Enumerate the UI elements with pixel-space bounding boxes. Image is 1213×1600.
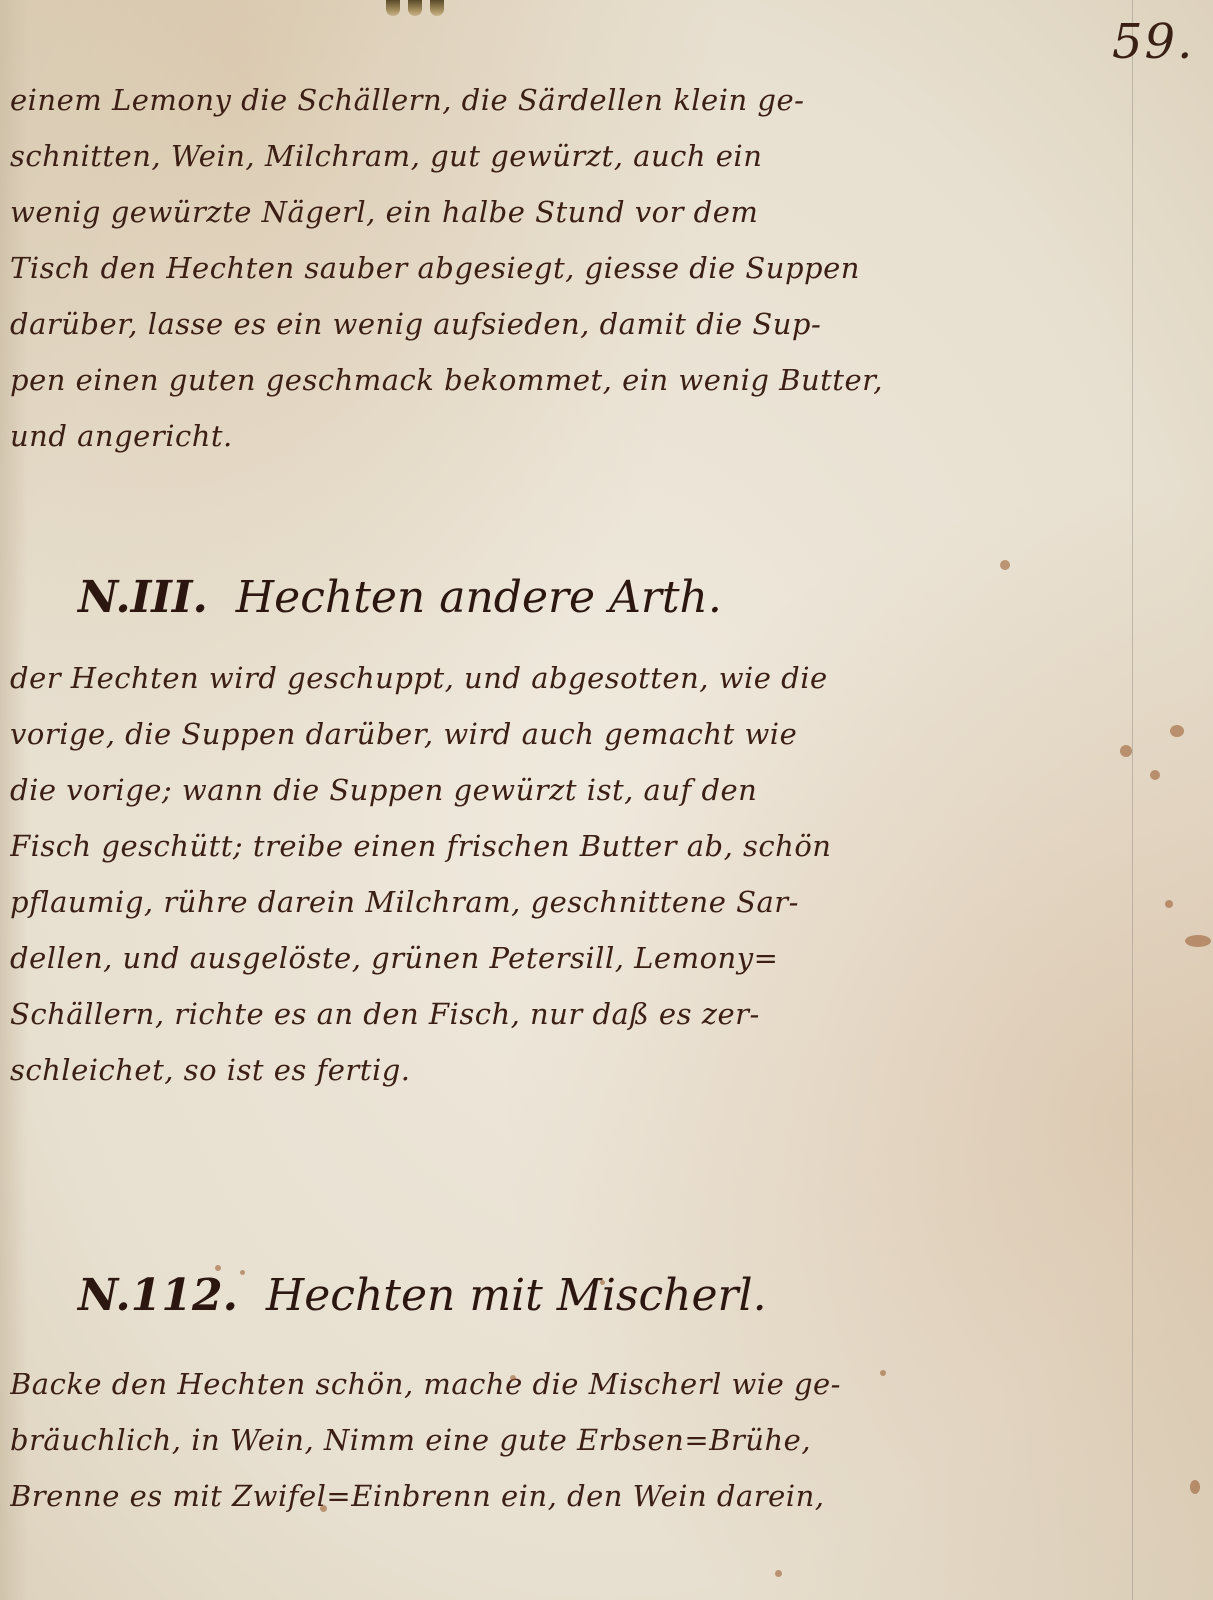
foxing-spot [320,1505,327,1512]
recipe-heading: N.III. Hechten andere Arth. [78,572,722,623]
text-line: Fisch geschütt; treibe einen frischen Bu… [10,818,1130,874]
text-line: bräuchlich, in Wein, Nimm eine gute Erbs… [10,1412,1130,1468]
text-line: vorige, die Suppen darüber, wird auch ge… [10,706,1130,762]
text-line: Brenne es mit Zwifel=Einbrenn ein, den W… [10,1468,1130,1524]
text-line: einem Lemony die Schällern, die Särdelle… [10,72,1130,128]
foxing-spot [1150,770,1160,780]
text-line: der Hechten wird geschuppt, und abgesott… [10,650,1130,706]
text-line: dellen, und ausgelöste, grünen Petersill… [10,930,1130,986]
foxing-spot [775,1570,782,1577]
foxing-spot [240,1270,245,1275]
foxing-spot [1190,1480,1200,1494]
recipe-title: Hechten mit Mischerl. [266,1270,767,1321]
foxing-spot [1185,935,1211,947]
text-line: Backe den Hechten schön, mache die Misch… [10,1356,1130,1412]
foxing-spot [600,1280,605,1285]
recipe-number: N.112. [78,1270,238,1321]
foxing-spot [1000,560,1010,570]
text-line: Tisch den Hechten sauber abgesiegt, gies… [10,240,1130,296]
recipe-body: der Hechten wird geschuppt, und abgesott… [10,650,1130,1098]
clasp-icon [408,0,422,16]
foxing-spot [1165,900,1173,908]
recipe-body: Backe den Hechten schön, mache die Misch… [10,1356,1130,1524]
text-line: schleichet, so ist es fertig. [10,1042,1130,1098]
foxing-spot [215,1265,221,1271]
text-line: pflaumig, rühre darein Milchram, geschni… [10,874,1130,930]
text-line: die vorige; wann die Suppen gewürzt ist,… [10,762,1130,818]
recipe-number: N.III. [78,572,208,623]
foxing-spot [1170,725,1184,737]
clasp-icon [386,0,400,16]
binding-clasps [386,0,444,16]
text-line: schnitten, Wein, Milchram, gut gewürzt, … [10,128,1130,184]
recipe-title: Hechten andere Arth. [236,572,722,623]
foxing-spot [510,1375,516,1381]
text-line: Schällern, richte es an den Fisch, nur d… [10,986,1130,1042]
clasp-icon [430,0,444,16]
text-line: und angericht. [10,408,1130,464]
text-line: pen einen guten geschmack bekommet, ein … [10,352,1130,408]
margin-ruling-line [1132,0,1133,1600]
foxing-spot [880,1370,886,1376]
recipe-continuation: einem Lemony die Schällern, die Särdelle… [10,72,1130,464]
manuscript-page: 59. einem Lemony die Schällern, die Särd… [0,0,1213,1600]
text-line: darüber, lasse es ein wenig aufsieden, d… [10,296,1130,352]
recipe-heading: N.112. Hechten mit Mischerl. [78,1270,767,1321]
text-line: wenig gewürzte Nägerl, ein halbe Stund v… [10,184,1130,240]
foxing-spot [1120,745,1132,757]
page-number: 59. [1112,14,1194,70]
